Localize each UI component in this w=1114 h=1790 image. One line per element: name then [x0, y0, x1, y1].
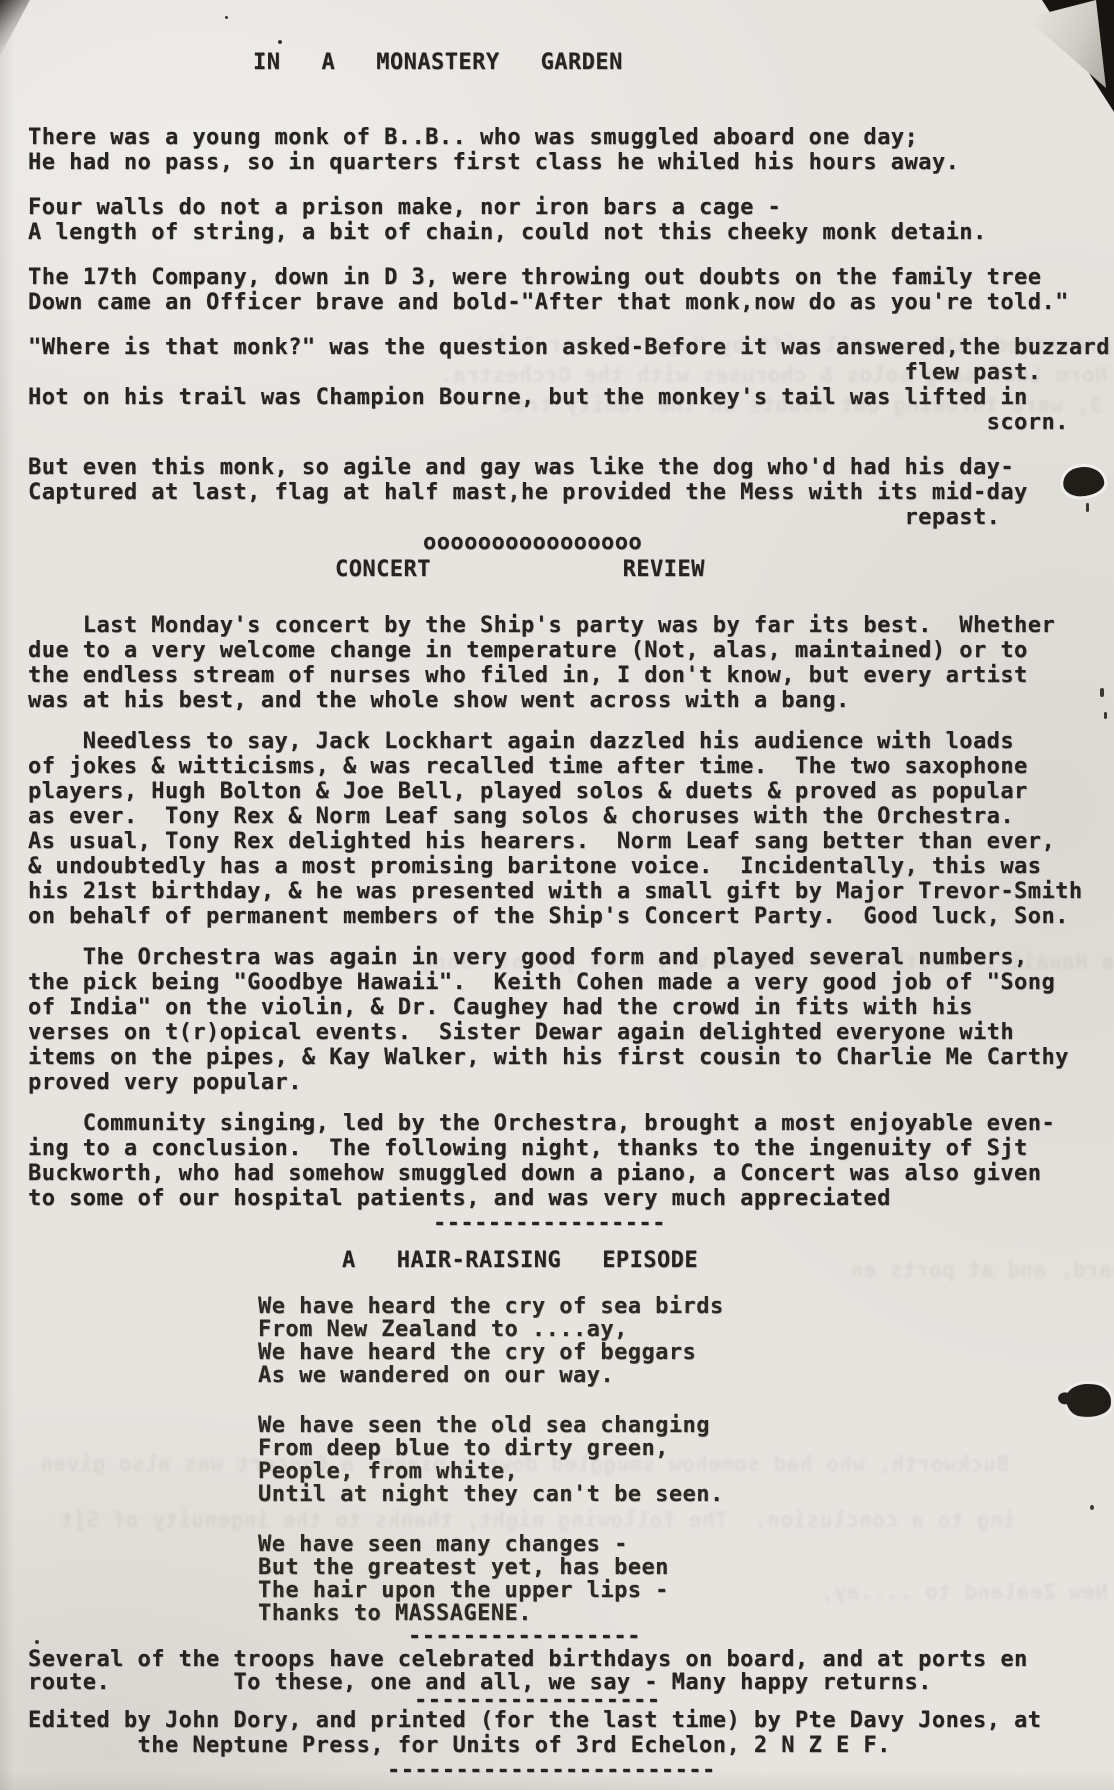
o-divider: oooooooooooooooo: [28, 530, 1114, 555]
text-line: repast.: [28, 505, 1114, 530]
speck: [300, 1124, 303, 1127]
text-line: From New Zealand to ....ay,: [28, 1318, 1114, 1341]
speck: [225, 16, 228, 19]
text-line: Needless to say, Jack Lockhart again daz…: [28, 729, 1114, 754]
paragraph: Needless to say, Jack Lockhart again daz…: [28, 729, 1114, 929]
poem-stanza: We have seen many changes -But the great…: [28, 1533, 1114, 1625]
text-line: due to a very welcome change in temperat…: [28, 638, 1114, 663]
text-line: scorn.: [28, 410, 1114, 435]
monastery-stanza: The 17th Company, down in D 3, were thro…: [28, 265, 1114, 315]
hair-episode-poem: We have heard the cry of sea birdsFrom N…: [28, 1295, 1114, 1625]
text-line: his 21st birthday, & he was presented wi…: [28, 879, 1114, 904]
text-line: People, from white,: [28, 1460, 1114, 1483]
text-line: & undoubtedly has a most promising barit…: [28, 854, 1114, 879]
speck: [1086, 503, 1089, 512]
poem-divider: -----------------: [28, 1625, 1114, 1648]
text-line: Until at night they can't be seen.: [28, 1483, 1114, 1506]
text-line: Last Monday's concert by the Ship's part…: [28, 613, 1114, 638]
poem-stanza: We have seen the old sea changingFrom de…: [28, 1414, 1114, 1506]
text-line: the endless stream of nurses who filed i…: [28, 663, 1114, 688]
text-line: But even this monk, so agile and gay was…: [28, 455, 1114, 480]
text-line: We have seen the old sea changing: [28, 1414, 1114, 1437]
footer-colophon: Edited by John Dory, and printed (for th…: [28, 1708, 1114, 1758]
text-line: The Orchestra was again in very good for…: [28, 945, 1114, 970]
concert-review-body: Last Monday's concert by the Ship's part…: [28, 613, 1114, 1211]
text-line: Four walls do not a prison make, nor iro…: [28, 195, 1114, 220]
text-line: players, Hugh Bolton & Joe Bell, played …: [28, 779, 1114, 804]
text-line: flew past.: [28, 360, 1114, 385]
text-line: of jokes & witticisms, & was recalled ti…: [28, 754, 1114, 779]
concert-review-heading: CONCERT REVIEW: [28, 557, 1114, 582]
text-line: Community singing, led by the Orchestra,…: [28, 1111, 1114, 1136]
text-line: As we wandered on our way.: [28, 1364, 1114, 1387]
text-line: of India" on the violin, & Dr. Caughey h…: [28, 995, 1114, 1020]
text-line: Thanks to MASSAGENE.: [28, 1602, 1114, 1625]
footer-divider: ------------------------: [28, 1758, 1114, 1783]
scanned-newsletter-page: IN A MONASTERY GARDEN There was a young …: [0, 0, 1114, 1790]
text-line: to some of our hospital patients, and wa…: [28, 1186, 1114, 1211]
speck: [1104, 712, 1107, 719]
monastery-poem: There was a young monk of B..B.. who was…: [28, 125, 1114, 530]
page-content: IN A MONASTERY GARDEN There was a young …: [0, 0, 1114, 1783]
page-title: IN A MONASTERY GARDEN: [28, 50, 1114, 75]
speck: [35, 1640, 39, 1644]
poem-stanza: We have heard the cry of sea birdsFrom N…: [28, 1295, 1114, 1387]
monastery-stanza: Four walls do not a prison make, nor iro…: [28, 195, 1114, 245]
text-line: ing to a conclusion. The following night…: [28, 1136, 1114, 1161]
monastery-stanza: There was a young monk of B..B.. who was…: [28, 125, 1114, 175]
section-divider: -----------------: [28, 1211, 1114, 1236]
text-line: Down came an Officer brave and bold-"Aft…: [28, 290, 1114, 315]
text-line: He had no pass, so in quarters first cla…: [28, 150, 1114, 175]
text-line: Edited by John Dory, and printed (for th…: [28, 1708, 1114, 1733]
text-line: the Neptune Press, for Units of 3rd Eche…: [28, 1733, 1114, 1758]
speck: [1090, 1505, 1094, 1510]
text-line: But the greatest yet, has been: [28, 1556, 1114, 1579]
text-line: verses on t(r)opical events. Sister Dewa…: [28, 1020, 1114, 1045]
birthdays-underline: ------------------: [28, 1694, 1114, 1708]
text-line: was at his best, and the whole show went…: [28, 688, 1114, 713]
text-line: The hair upon the upper lips -: [28, 1579, 1114, 1602]
text-line: on behalf of permanent members of the Sh…: [28, 904, 1114, 929]
text-line: Captured at last, flag at half mast,he p…: [28, 480, 1114, 505]
speck: [278, 40, 282, 44]
text-line: Several of the troops have celebrated bi…: [28, 1648, 1114, 1671]
text-line: We have heard the cry of sea birds: [28, 1295, 1114, 1318]
text-line: items on the pipes, & Kay Walker, with h…: [28, 1045, 1114, 1070]
text-line: proved very popular.: [28, 1070, 1114, 1095]
text-line: Hot on his trail was Champion Bourne, bu…: [28, 385, 1114, 410]
speck: [1100, 688, 1104, 697]
monastery-stanza: But even this monk, so agile and gay was…: [28, 455, 1114, 530]
text-line: From deep blue to dirty green,: [28, 1437, 1114, 1460]
paragraph: Last Monday's concert by the Ship's part…: [28, 613, 1114, 713]
text-line: We have seen many changes -: [28, 1533, 1114, 1556]
hair-episode-heading: A HAIR-RAISING EPISODE: [28, 1248, 1114, 1273]
monastery-stanza: "Where is that monk?" was the question a…: [28, 335, 1114, 435]
text-line: "Where is that monk?" was the question a…: [28, 335, 1114, 360]
text-line: The 17th Company, down in D 3, were thro…: [28, 265, 1114, 290]
text-line: as ever. Tony Rex & Norm Leaf sang solos…: [28, 804, 1114, 829]
text-line: We have heard the cry of beggars: [28, 1341, 1114, 1364]
text-line: As usual, Tony Rex delighted his hearers…: [28, 829, 1114, 854]
text-line: the pick being "Goodbye Hawaii". Keith C…: [28, 970, 1114, 995]
text-line: Buckworth, who had somehow smuggled down…: [28, 1161, 1114, 1186]
paragraph: Community singing, led by the Orchestra,…: [28, 1111, 1114, 1211]
text-line: There was a young monk of B..B.. who was…: [28, 125, 1114, 150]
text-line: A length of string, a bit of chain, coul…: [28, 220, 1114, 245]
paragraph: The Orchestra was again in very good for…: [28, 945, 1114, 1095]
